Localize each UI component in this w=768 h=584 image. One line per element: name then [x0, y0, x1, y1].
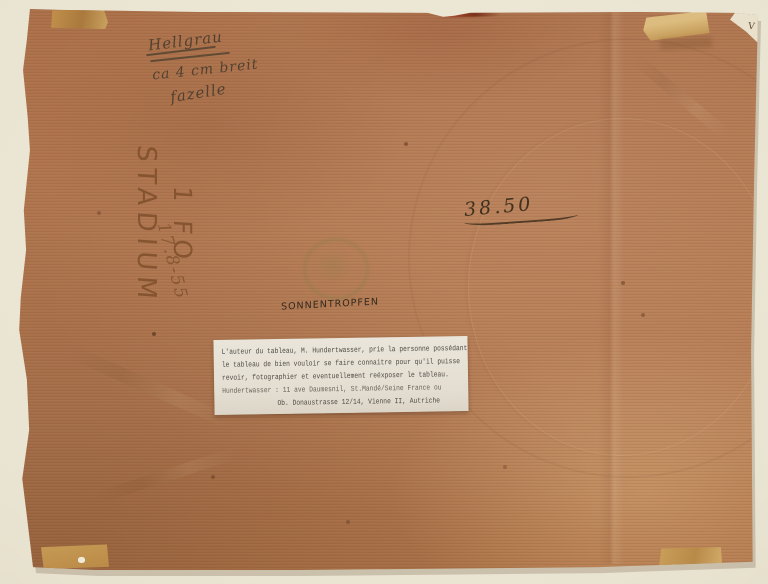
corner-mark-inscription: V — [747, 22, 755, 33]
faint-round-stamp-smudge — [313, 248, 353, 284]
tape-speck — [78, 557, 85, 563]
typed-artist-label: L'auteur du tableau, M. Hundertwasser, p… — [213, 336, 468, 415]
circular-crease-small — [468, 118, 768, 456]
photo-of-artwork-verso: V Hellgrau ca 4 cm breit fazelle 1 FO ST… — [0, 0, 768, 584]
tape-bottom-left — [41, 543, 109, 569]
tape-top-left — [50, 8, 108, 29]
label-line-5: Ob. Donaustrasse 12/14, Vienne II, Autri… — [277, 395, 431, 410]
kraft-paper-backing: V Hellgrau ca 4 cm breit fazelle 1 FO ST… — [0, 0, 768, 584]
paper-specks — [0, 0, 2, 2]
